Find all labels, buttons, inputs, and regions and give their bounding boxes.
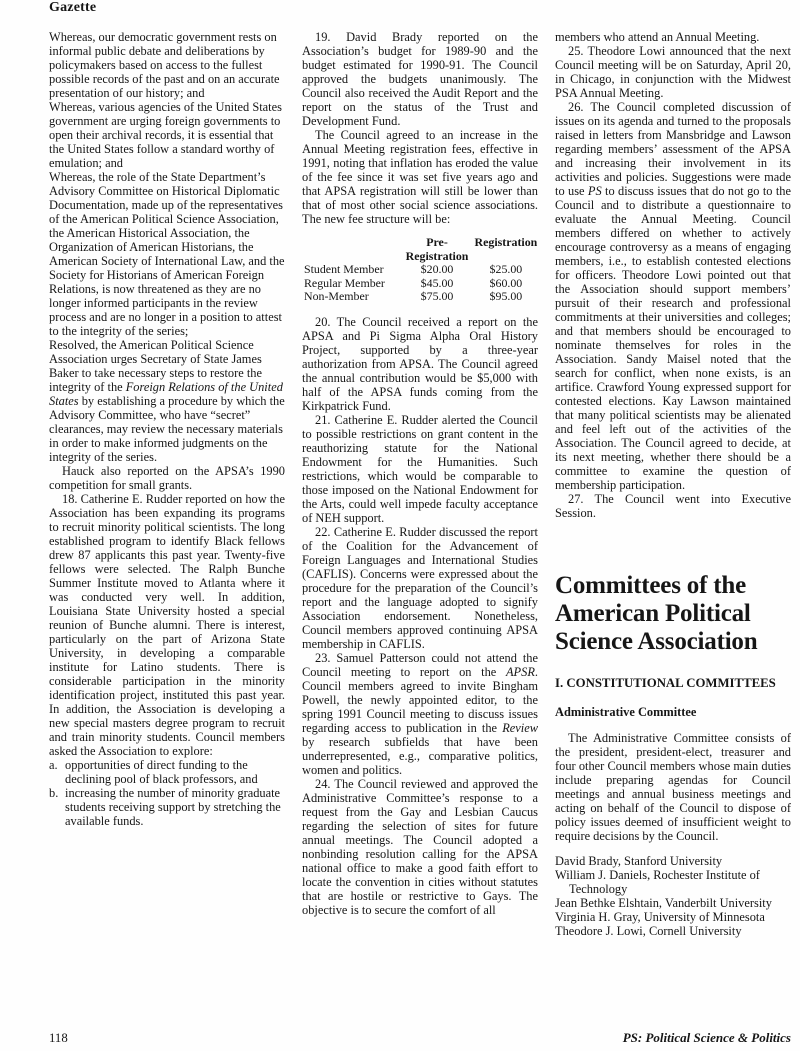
numbered-paragraph-24: 24. The Council reviewed and approved th… bbox=[302, 777, 538, 917]
para23-text-post: by research subfields that have been und… bbox=[302, 735, 538, 777]
fee-row-label: Non-Member bbox=[304, 290, 400, 304]
list-item-b-label: b. bbox=[49, 786, 65, 800]
journal-page: Gazette Whereas, our democratic governme… bbox=[0, 0, 800, 1051]
list-item-a-text: opportunities of direct funding to the d… bbox=[65, 758, 258, 786]
committees-section-title: Committees of the American Political Sci… bbox=[555, 572, 791, 656]
numbered-paragraph-21: 21. Catherine E. Rudder alerted the Coun… bbox=[302, 413, 538, 525]
committee-member: David Brady, Stanford University bbox=[555, 854, 791, 868]
whereas-paragraph-2: Whereas, various agencies of the United … bbox=[49, 100, 285, 170]
paragraph-24-continuation: members who attend an Annual Meeting. bbox=[555, 30, 791, 44]
fee-header-pre-line2: Registration bbox=[406, 250, 469, 264]
resolved-paragraph: Resolved, the American Political Science… bbox=[49, 338, 285, 464]
fee-table-row-regular: Regular Member $45.00 $60.00 bbox=[304, 277, 538, 291]
column-3: members who attend an Annual Meeting. 25… bbox=[555, 30, 791, 938]
constitutional-committees-heading: I. CONSTITUTIONAL COMMITTEES bbox=[555, 676, 791, 690]
list-item-b: b.increasing the number of minority grad… bbox=[49, 786, 285, 828]
fee-row-label: Regular Member bbox=[304, 277, 400, 291]
list-item-b-text: increasing the number of minority gradua… bbox=[65, 786, 281, 828]
list-item-a: a.opportunities of direct funding to the… bbox=[49, 758, 285, 786]
numbered-paragraph-25: 25. Theodore Lowi announced that the nex… bbox=[555, 44, 791, 100]
page-number: 118 bbox=[49, 1031, 68, 1046]
committee-member: Theodore J. Lowi, Cornell University bbox=[555, 924, 791, 938]
whereas-paragraph-1: Whereas, our democratic government rests… bbox=[49, 30, 285, 100]
numbered-paragraph-19: 19. David Brady reported on the Associat… bbox=[302, 30, 538, 128]
fee-row-reg-value: $60.00 bbox=[474, 277, 538, 291]
journal-name-footer: PS: Political Science & Politics bbox=[623, 1030, 791, 1046]
column-1: Whereas, our democratic government rests… bbox=[49, 30, 285, 938]
numbered-paragraph-18: 18. Catherine E. Rudder reported on how … bbox=[49, 492, 285, 758]
fee-row-pre-value: $75.00 bbox=[400, 290, 474, 304]
fee-row-label: Student Member bbox=[304, 263, 400, 277]
numbered-paragraph-26: 26. The Council completed discussion of … bbox=[555, 100, 791, 492]
fee-header-pre-line1: Pre- bbox=[426, 236, 448, 250]
fee-increase-paragraph: The Council agreed to an increase in the… bbox=[302, 128, 538, 226]
fee-row-reg-value: $95.00 bbox=[474, 290, 538, 304]
three-column-layout: Whereas, our democratic government rests… bbox=[49, 30, 791, 938]
apsr-journal-title: APSR bbox=[506, 665, 535, 679]
numbered-paragraph-20: 20. The Council received a report on the… bbox=[302, 315, 538, 413]
hauck-paragraph: Hauck also reported on the APSA’s 1990 c… bbox=[49, 464, 285, 492]
fee-row-pre-value: $20.00 bbox=[400, 263, 474, 277]
registration-fee-table: Pre- Registration Registration Student M… bbox=[304, 236, 538, 304]
list-item-a-label: a. bbox=[49, 758, 65, 772]
whereas-paragraph-3: Whereas, the role of the State Departmen… bbox=[49, 170, 285, 338]
fee-table-row-nonmember: Non-Member $75.00 $95.00 bbox=[304, 290, 538, 304]
fee-row-pre-value: $45.00 bbox=[400, 277, 474, 291]
para23-text-pre: 23. Samuel Patterson could not attend th… bbox=[302, 651, 538, 679]
fee-header-preregistration: Pre- Registration bbox=[400, 236, 474, 263]
section-masthead: Gazette bbox=[49, 0, 96, 16]
resolved-text-post: by establishing a procedure by which the… bbox=[49, 394, 285, 464]
administrative-committee-heading: Administrative Committee bbox=[555, 705, 791, 719]
fee-table-row-student: Student Member $20.00 $25.00 bbox=[304, 263, 538, 277]
administrative-committee-paragraph: The Administrative Committee consists of… bbox=[555, 731, 791, 843]
fee-header-spacer bbox=[304, 236, 400, 263]
numbered-paragraph-27: 27. The Council went into Executive Sess… bbox=[555, 492, 791, 520]
column-2: 19. David Brady reported on the Associat… bbox=[302, 30, 538, 938]
committee-member-list: David Brady, Stanford University William… bbox=[555, 854, 791, 938]
para26-text-post: to discuss issues that do not go to the … bbox=[555, 184, 791, 492]
fee-row-reg-value: $25.00 bbox=[474, 263, 538, 277]
fee-table-header-row: Pre- Registration Registration bbox=[304, 236, 538, 263]
numbered-paragraph-22: 22. Catherine E. Rudder discussed the re… bbox=[302, 525, 538, 651]
committee-member: Virginia H. Gray, University of Minnesot… bbox=[555, 910, 791, 924]
committee-member: Jean Bethke Elshtain, Vanderbilt Univers… bbox=[555, 896, 791, 910]
fee-header-registration: Registration bbox=[474, 236, 538, 263]
ps-journal-title: PS bbox=[588, 184, 602, 198]
committee-member: William J. Daniels, Rochester Institute … bbox=[555, 868, 791, 896]
review-journal-title: Review bbox=[502, 721, 538, 735]
numbered-paragraph-23: 23. Samuel Patterson could not attend th… bbox=[302, 651, 538, 777]
